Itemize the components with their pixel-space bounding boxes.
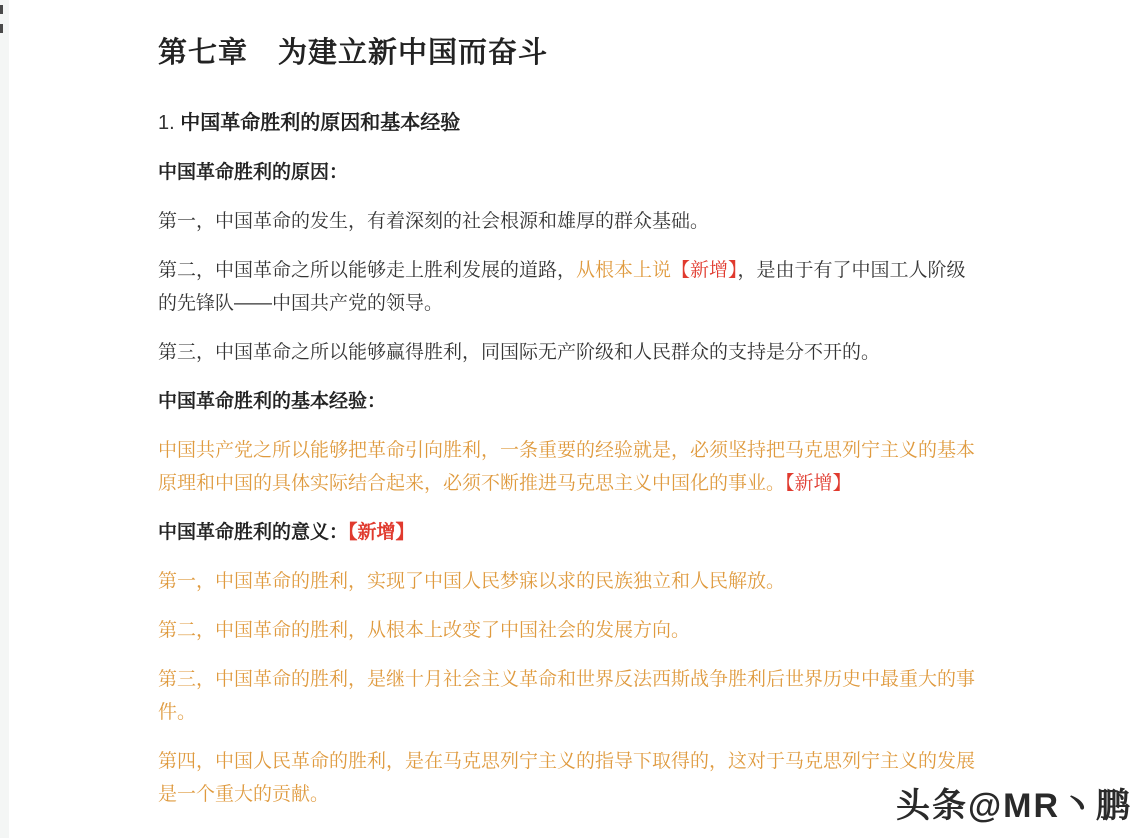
significance-item-3: 第三，中国革命的胜利，是继十月社会主义革命和世界反法西斯战争胜利后世界历史中最重… [158,663,978,729]
significance-item-1: 第一，中国革命的胜利，实现了中国人民梦寐以求的民族独立和人民解放。 [158,565,978,598]
section-number: 1. [158,112,180,134]
section-1-heading: 1. 中国革命胜利的原因和基本经验 [158,107,978,140]
reasons-heading: 中国革命胜利的原因： [158,156,978,189]
section-title-text: 中国革命胜利的原因和基本经验 [180,112,460,134]
edge-tick-top [0,5,3,14]
reason-item-2: 第二，中国革命之所以能够走上胜利发展的道路，从根本上说【新增】，是由于有了中国工… [158,254,978,320]
significance-item-2: 第二，中国革命的胜利，从根本上改变了中国社会的发展方向。 [158,614,978,647]
experience-paragraph: 中国共产党之所以能够把革命引向胜利，一条重要的经验就是，必须坚持把马克思列宁主义… [158,434,978,500]
significance-heading-text: 中国革命胜利的意义： [158,522,348,543]
watermark-text: 头条@MR丶鹏 [896,787,1132,825]
significance-item-4: 第四，中国人民革命的胜利，是在马克思列宁主义的指导下取得的，这对于马克思列宁主义… [158,745,978,811]
reason-2-plain-start: 第二，中国革命之所以能够走上胜利发展的道路， [158,260,576,281]
article-content: 第七章 为建立新中国而奋斗 1. 中国革命胜利的原因和基本经验 中国革命胜利的原… [158,0,978,827]
window-edge-strip [0,0,9,838]
significance-new-tag: 【新增】 [348,522,415,543]
significance-heading: 中国革命胜利的意义：【新增】 [158,516,978,549]
chapter-title: 第七章 为建立新中国而奋斗 [158,36,978,71]
reason-2-highlight: 从根本上说 [576,260,671,281]
reason-item-3: 第三，中国革命之所以能够赢得胜利，同国际无产阶级和人民群众的支持是分不开的。 [158,336,978,369]
experience-heading: 中国革命胜利的基本经验： [158,385,978,418]
reason-item-1: 第一，中国革命的发生，有着深刻的社会根源和雄厚的群众基础。 [158,205,978,238]
watermark: 头条@MR丶鹏 [896,778,1132,827]
reason-2-new-tag: 【新增】 [671,260,738,281]
experience-text: 中国共产党之所以能够把革命引向胜利，一条重要的经验就是，必须坚持把马克思列宁主义… [158,440,975,494]
edge-tick-second [0,24,3,33]
experience-new-tag: 【新增】 [785,473,852,494]
